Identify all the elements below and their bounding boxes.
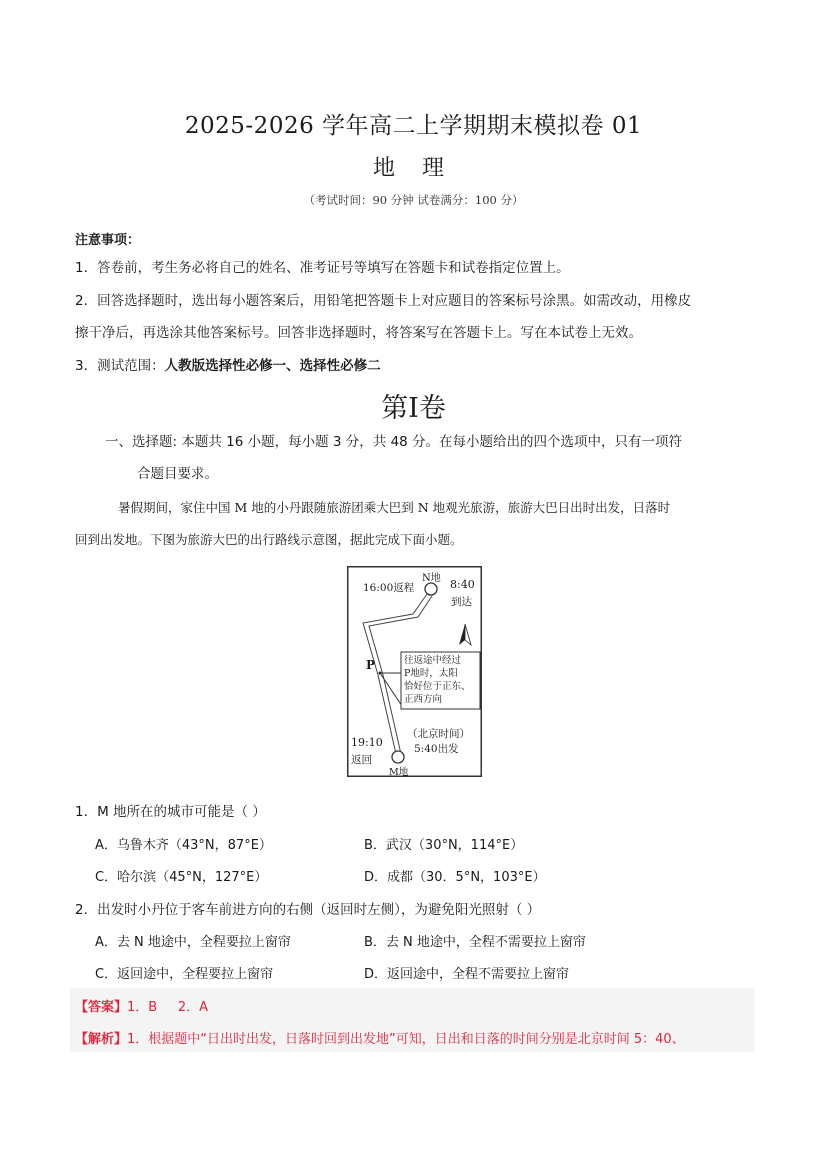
p-note-line: 正西方向 [404, 693, 471, 706]
question-1-option-c: C．哈尔滨（45°N，127°E） [95, 866, 267, 885]
notice-item-3: 3．测试范围：人教版选择性必修一、选择性必修二 [75, 356, 381, 376]
question-1-option-d: D．成都（30．5°N，103°E） [364, 866, 546, 885]
route-diagram: N地 16:00返程 8:40 到达 P 往返途中经过 P地时，太阳 恰好位于正… [347, 566, 482, 777]
analysis-tag: 【解析】 [75, 1032, 127, 1047]
arrive-label: 到达 [451, 594, 472, 609]
analysis-line: 【解析】1．根据题中“日出时出发，日落时回到出发地”可知，日出和日落的时间分别是… [75, 1028, 685, 1047]
m-label: M地 [389, 764, 408, 778]
analysis-text: 1．根据题中“日出时出发，日落时回到出发地”可知，日出和日落的时间分别是北京时间… [127, 1032, 685, 1047]
question-2-option-d: D．返回途中，全程不需要拉上窗帘 [364, 963, 569, 982]
depart-time: 5:40出发 [414, 741, 459, 756]
section-title: 第I卷 [0, 386, 827, 425]
p-note-line: P地时，太阳 [404, 667, 471, 680]
question-2-stem: 2．出发时小丹位于客车前进方向的右侧（返回时左侧），为避免阳光照射（ ） [75, 898, 540, 918]
answer-tag: 【答案】 [75, 1000, 127, 1015]
answer-line: 【答案】1．B 2．A [75, 996, 208, 1015]
exam-meta: （考试时间：90 分钟 试卷满分：100 分） [0, 192, 827, 208]
notice-item-3-scope: 人教版选择性必修一、选择性必修二 [165, 358, 381, 374]
notice-item-1: 1．答卷前，考生务必将自己的姓名、准考证号等填写在答题卡和试卷指定位置上。 [75, 258, 570, 278]
question-2-option-b: B．去 N 地途中，全程不需要拉上窗帘 [364, 931, 586, 950]
question-1-option-b: B．武汉（30°N，114°E） [364, 834, 523, 853]
answer-text: 1．B 2．A [127, 1000, 208, 1015]
return-time: 19:10 [351, 736, 383, 749]
notice-item-3-prefix: 3．测试范围： [75, 358, 165, 374]
return-start-time: 16:00返程 [363, 580, 414, 595]
notice-item-2: 2．回答选择题时，选出每小题答案后，用铅笔把答题卡上对应题目的答案标号涂黑。如需… [75, 291, 691, 311]
question-1-option-a: A．乌鲁木齐（43°N，87°E） [95, 834, 272, 853]
passage-line-2: 回到出发地。下图为旅游大巴的出行路线示意图，据此完成下面小题。 [75, 530, 463, 548]
p-label: P [366, 658, 375, 672]
question-2-option-c: C．返回途中，全程要拉上窗帘 [95, 963, 273, 982]
passage-line-1: 暑假期间，家住中国 M 地的小丹跟随旅游团乘大巴到 N 地观光旅游，旅游大巴日出… [118, 498, 670, 516]
return-label: 返回 [351, 752, 372, 767]
p-note-line: 恰好位于正东、 [404, 680, 471, 693]
beijing-time-note: （北京时间） [407, 726, 470, 741]
notice-heading: 注意事项： [75, 229, 140, 248]
question-1-stem: 1．M 地所在的城市可能是（ ） [75, 800, 266, 820]
question-2-option-a: A．去 N 地途中，全程要拉上窗帘 [95, 931, 291, 950]
section-instruction: 一、选择题: 本题共 16 小题，每小题 3 分，共 48 分。在每小题给出的四… [105, 432, 682, 452]
document-title: 2025-2026 学年高二上学期期末模拟卷 01 [0, 107, 827, 140]
p-note: 往返途中经过 P地时，太阳 恰好位于正东、 正西方向 [404, 654, 471, 706]
notice-item-2-cont: 擦干净后，再选涂其他答案标号。回答非选择题时，将答案写在答题卡上。写在本试卷上无… [75, 323, 642, 343]
p-note-line: 往返途中经过 [404, 654, 471, 667]
north-arrow-icon [457, 624, 473, 646]
section-instruction-cont: 合题目要求。 [137, 464, 218, 484]
n-label: N地 [422, 569, 441, 584]
subject-title: 地 理 [0, 151, 827, 182]
arrive-time: 8:40 [450, 578, 475, 591]
